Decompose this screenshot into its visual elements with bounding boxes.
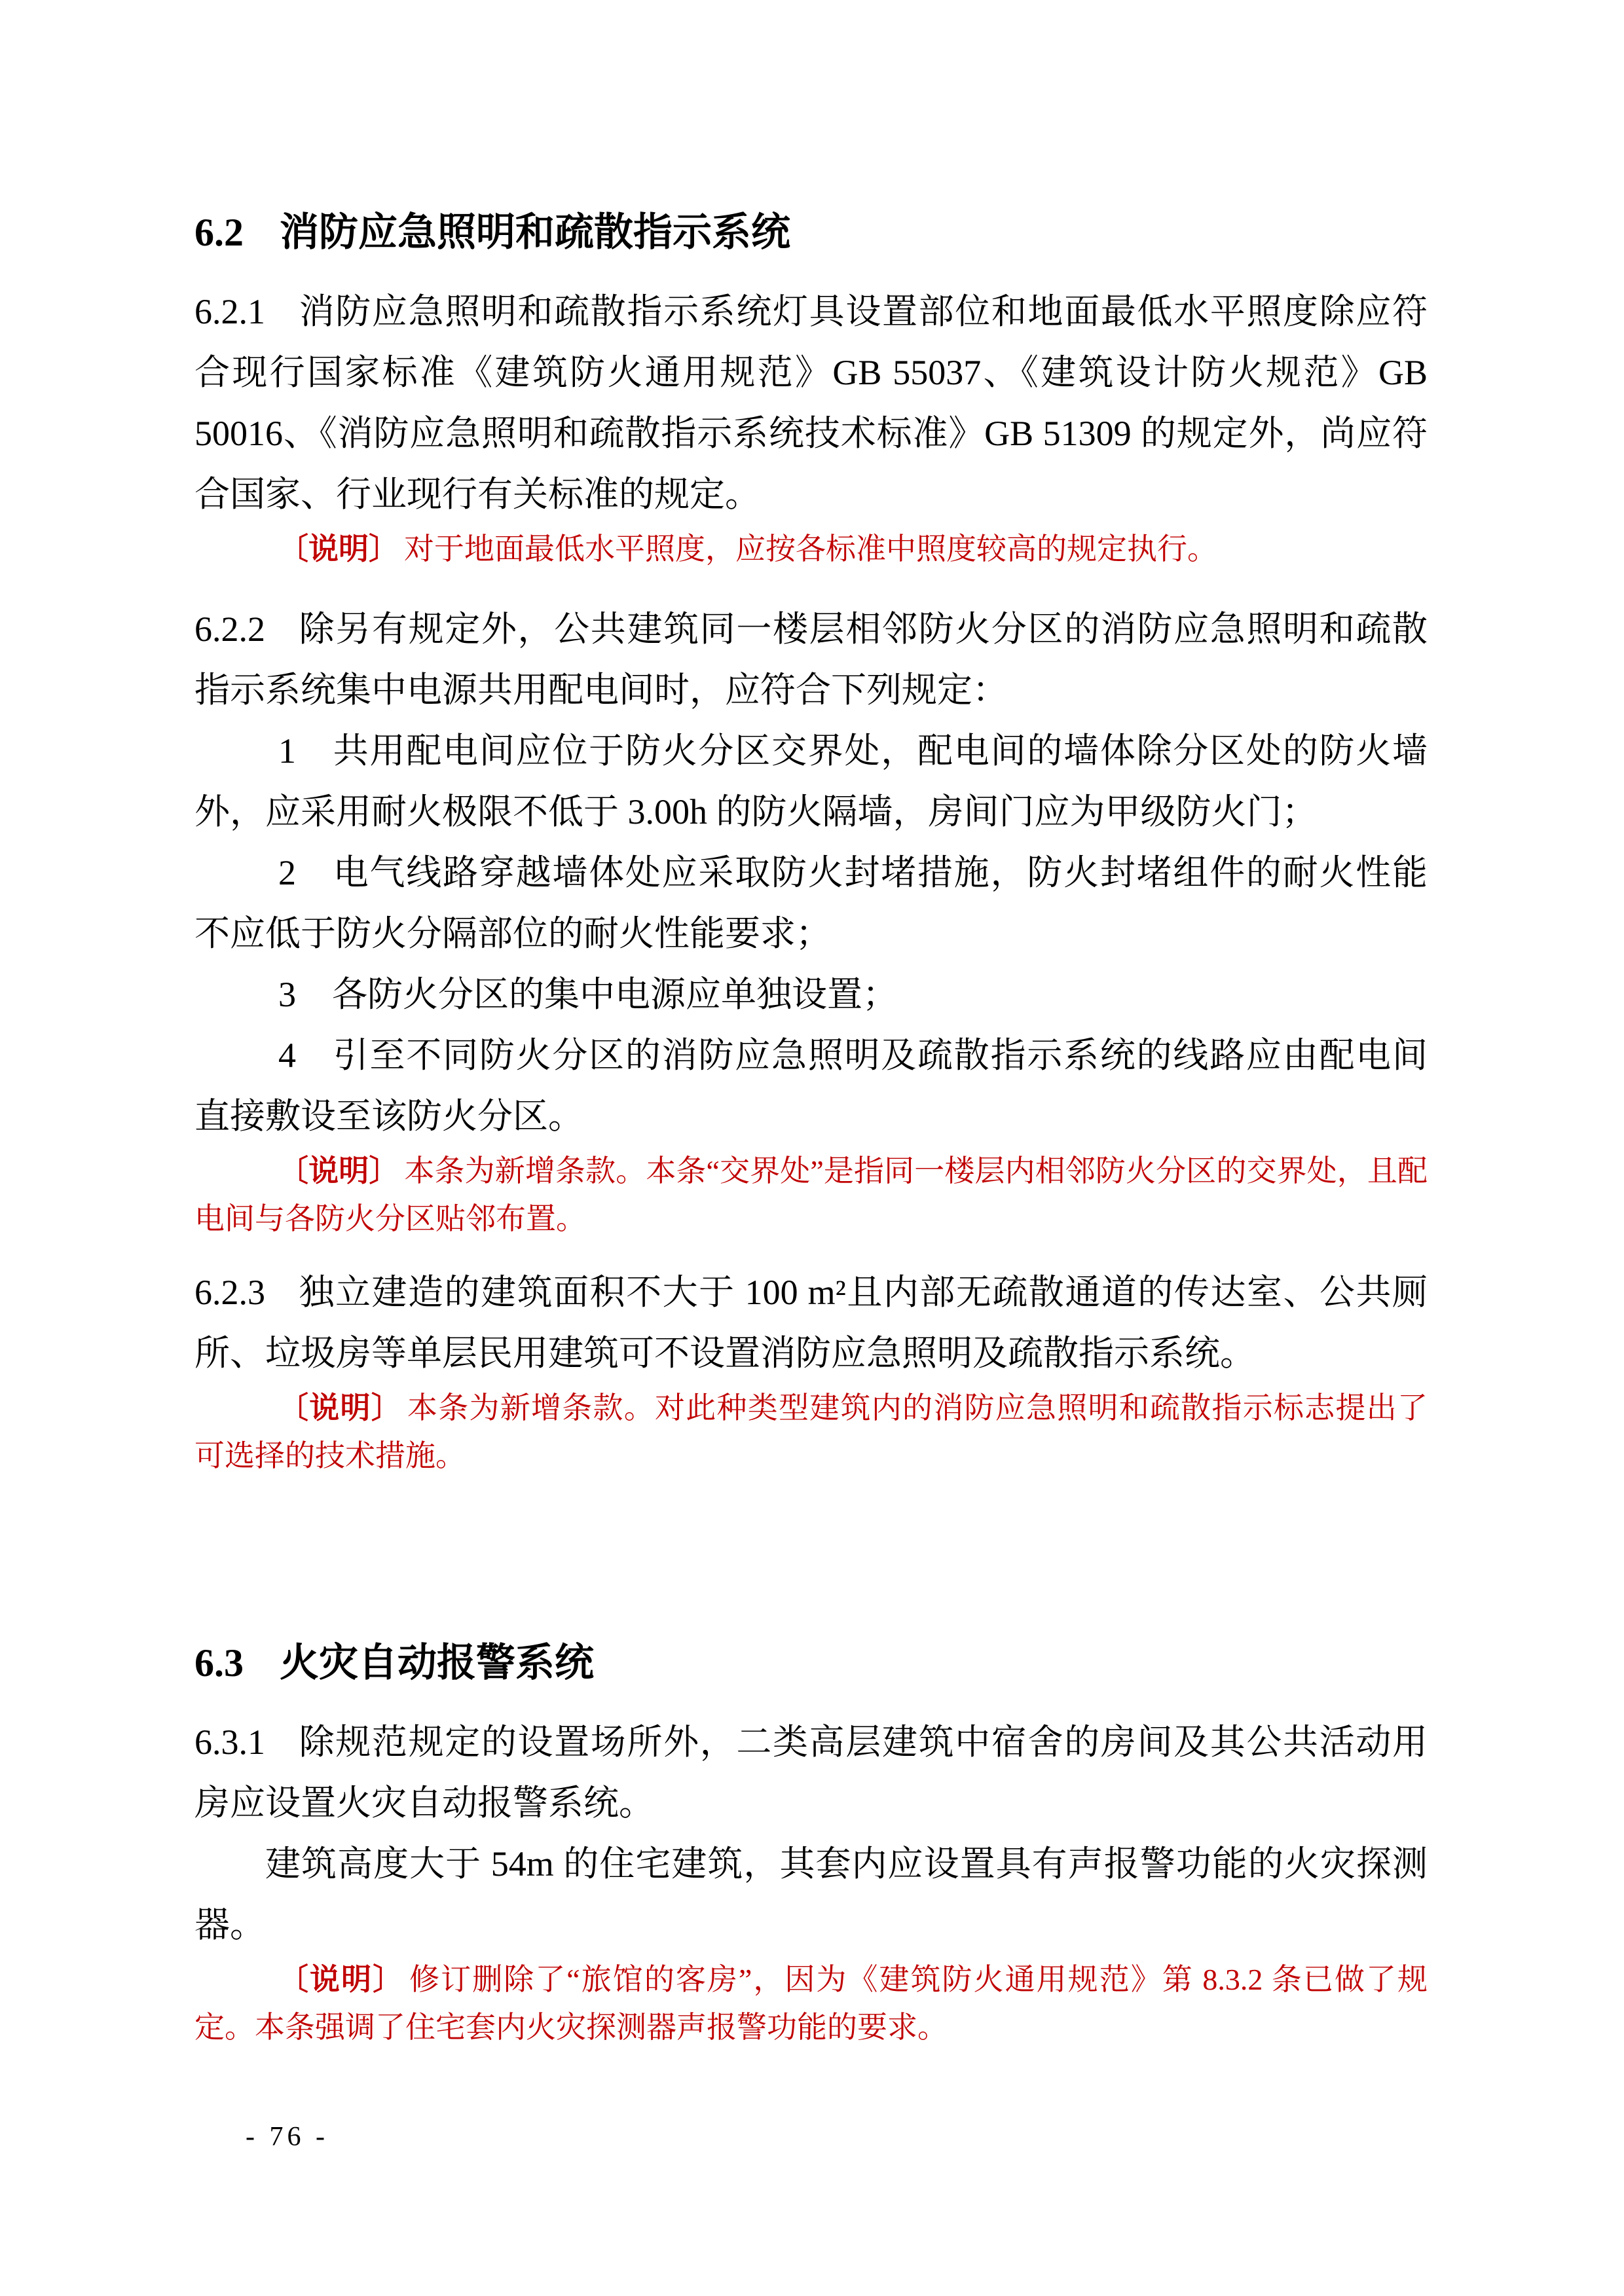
- item-text: 引至不同防火分区的消防应急照明及疏散指示系统的线路应由配电间直接敷设至该防火分区…: [194, 1036, 1428, 1136]
- clause-item-4: 4引至不同防火分区的消防应急照明及疏散指示系统的线路应由配电间直接敷设至该防火分…: [194, 1025, 1428, 1147]
- clause-text: 独立建造的建筑面积不大于 100 m²且内部无疏散通道的传达室、公共厕所、垃圾房…: [194, 1273, 1428, 1373]
- clause-note: 〔说明〕对于地面最低水平照度，应按各标准中照度较高的规定执行。: [194, 525, 1428, 573]
- clause-text: 除另有规定外，公共建筑同一楼层相邻防火分区的消防应急照明和疏散指示系统集中电源共…: [194, 610, 1428, 710]
- clause-6-2-3: 6.2.3独立建造的建筑面积不大于 100 m²且内部无疏散通道的传达室、公共厕…: [194, 1262, 1428, 1384]
- item-text: 共用配电间应位于防火分区交界处，配电间的墙体除分区处的防火墙外，应采用耐火极限不…: [194, 731, 1428, 831]
- clause-note: 〔说明〕本条为新增条款。对此种类型建筑内的消防应急照明和疏散指示标志提出了可选择…: [194, 1384, 1428, 1480]
- section-title: 火灾自动报警系统: [280, 1641, 594, 1685]
- section-6-3: 6.3火灾自动报警系统 6.3.1除规范规定的设置场所外，二类高层建筑中宿舍的房…: [194, 1643, 1428, 2051]
- page-number: - 76 -: [246, 2121, 329, 2153]
- clause-6-3-1-paragraph-2: 建筑高度大于 54m 的住宅建筑，其套内应设置具有声报警功能的火灾探测器。: [194, 1834, 1428, 1956]
- item-number: 3: [278, 975, 296, 1014]
- clause-6-2-1: 6.2.1消防应急照明和疏散指示系统灯具设置部位和地面最低水平照度除应符合现行国…: [194, 282, 1428, 525]
- note-text: 对于地面最低水平照度，应按各标准中照度较高的规定执行。: [404, 532, 1217, 566]
- clause-text: 建筑高度大于 54m 的住宅建筑，其套内应设置具有声报警功能的火灾探测器。: [194, 1844, 1428, 1944]
- section-title: 消防应急照明和疏散指示系统: [280, 211, 790, 254]
- clause-note: 〔说明〕修订删除了“旅馆的客房”，因为《建筑防火通用规范》第 8.3.2 条已做…: [194, 1956, 1428, 2051]
- section-heading: 6.3火灾自动报警系统: [194, 1643, 1428, 1683]
- clause-item-1: 1共用配电间应位于防火分区交界处，配电间的墙体除分区处的防火墙外，应采用耐火极限…: [194, 721, 1428, 843]
- clause-note: 〔说明〕本条为新增条款。本条“交界处”是指同一楼层内相邻防火分区的交界处，且配电…: [194, 1147, 1428, 1243]
- clause-6-2-2: 6.2.2除另有规定外，公共建筑同一楼层相邻防火分区的消防应急照明和疏散指示系统…: [194, 599, 1428, 721]
- note-label: 〔说明〕: [278, 1962, 404, 1996]
- clause-text: 消防应急照明和疏散指示系统灯具设置部位和地面最低水平照度除应符合现行国家标准《建…: [194, 292, 1428, 514]
- item-number: 4: [278, 1036, 296, 1075]
- section-heading: 6.2消防应急照明和疏散指示系统: [194, 213, 1428, 252]
- note-label: 〔说明〕: [278, 532, 399, 566]
- note-label: 〔说明〕: [278, 1154, 399, 1188]
- clause-6-3-1: 6.3.1除规范规定的设置场所外，二类高层建筑中宿舍的房间及其公共活动用房应设置…: [194, 1712, 1428, 1834]
- item-text: 各防火分区的集中电源应单独设置；: [332, 975, 898, 1014]
- clause-number: 6.3.1: [194, 1722, 265, 1762]
- page-content: 6.2消防应急照明和疏散指示系统 6.2.1消防应急照明和疏散指示系统灯具设置部…: [194, 213, 1428, 2051]
- clause-number: 6.2.3: [194, 1273, 265, 1312]
- section-number: 6.2: [194, 211, 244, 254]
- item-text: 电气线路穿越墙体处应采取防火封堵措施，防火封堵组件的耐火性能不应低于防火分隔部位…: [194, 853, 1428, 953]
- section-number: 6.3: [194, 1641, 244, 1685]
- item-number: 2: [278, 853, 296, 892]
- document-page: 6.2消防应急照明和疏散指示系统 6.2.1消防应急照明和疏散指示系统灯具设置部…: [0, 0, 1624, 2296]
- clause-item-2: 2电气线路穿越墙体处应采取防火封堵措施，防火封堵组件的耐火性能不应低于防火分隔部…: [194, 843, 1428, 964]
- clause-text: 除规范规定的设置场所外，二类高层建筑中宿舍的房间及其公共活动用房应设置火灾自动报…: [194, 1722, 1428, 1823]
- clause-number: 6.2.1: [194, 292, 265, 331]
- clause-number: 6.2.2: [194, 610, 265, 649]
- clause-item-3: 3各防火分区的集中电源应单独设置；: [194, 964, 1428, 1025]
- item-number: 1: [278, 731, 296, 771]
- section-6-2: 6.2消防应急照明和疏散指示系统 6.2.1消防应急照明和疏散指示系统灯具设置部…: [194, 213, 1428, 1480]
- note-label: 〔说明〕: [278, 1391, 402, 1425]
